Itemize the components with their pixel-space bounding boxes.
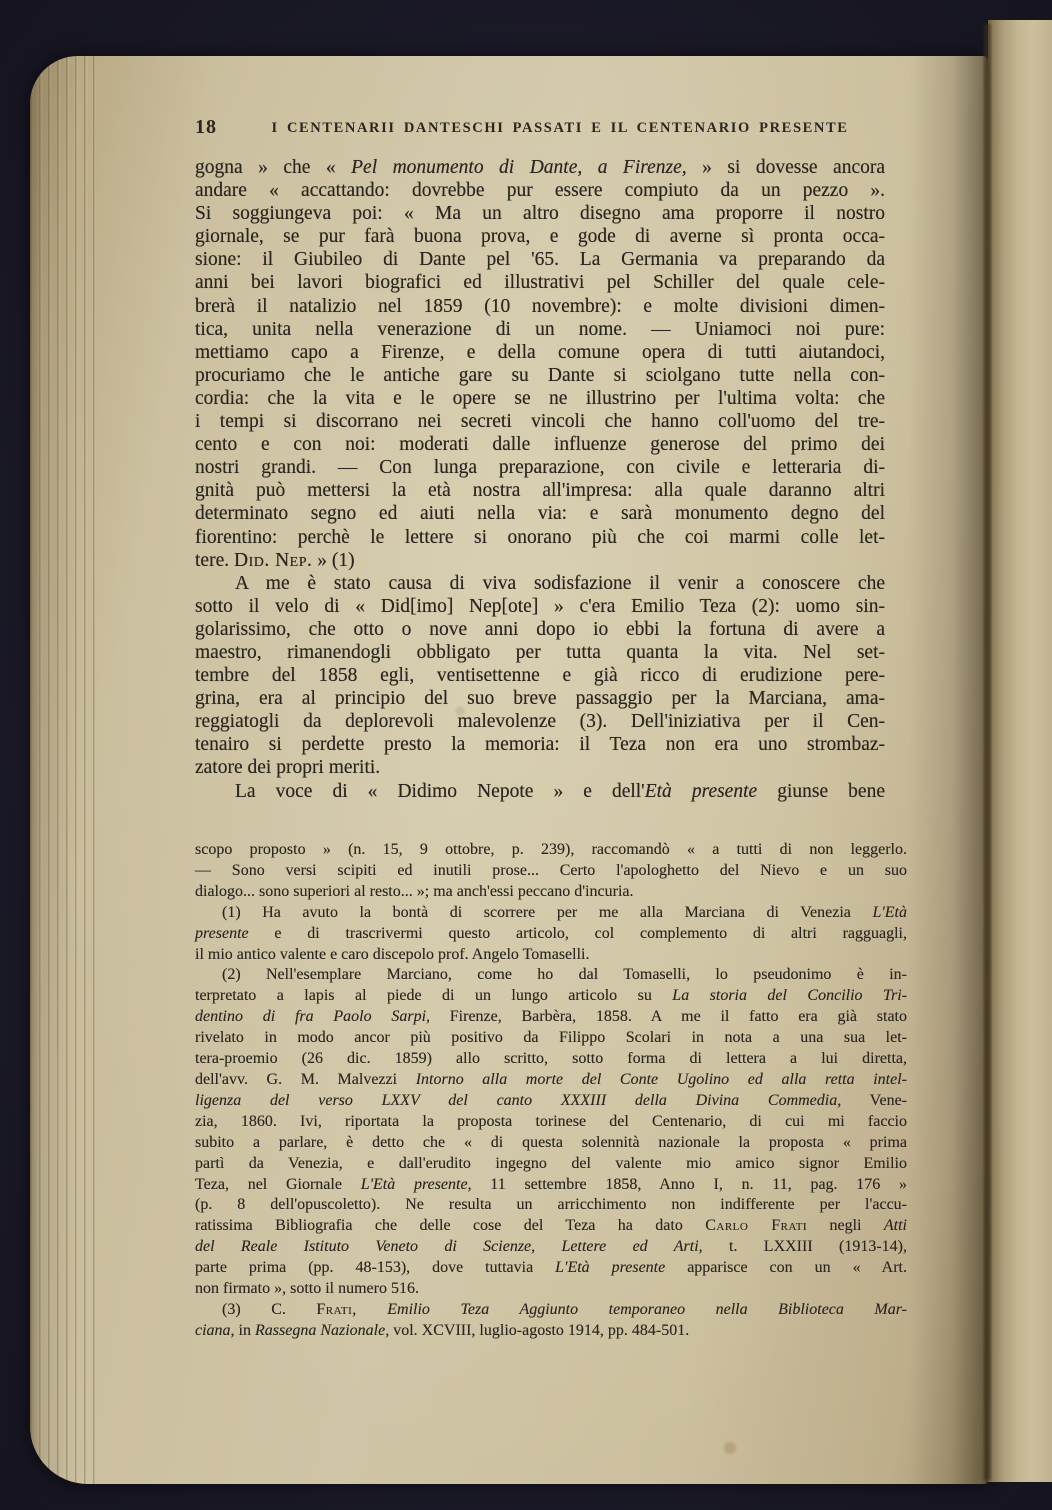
- italic-text: Rassegna Nazionale,: [255, 1322, 389, 1339]
- text-line: cento e con noi: moderati dalle influenz…: [195, 433, 885, 456]
- text-segment: cordia: che la vita e le opere se ne ill…: [195, 388, 885, 409]
- text-line: il mio antico valente e caro discepolo p…: [195, 945, 907, 966]
- text-segment: 11 settembre 1858, Anno I, n. 11, pag. 1…: [472, 1176, 907, 1193]
- text-line: maestro, rimanendogli obbligato per tutt…: [195, 641, 885, 664]
- text-line: (2) Nell'esemplare Marciano, come ho dal…: [195, 965, 907, 986]
- text-segment: » (1): [312, 550, 354, 571]
- text-segment: sione: il Giubileo di Dante pel '65. La …: [195, 249, 885, 270]
- italic-text: Intorno alla morte del Conte Ugolino ed …: [416, 1071, 907, 1088]
- italic-text: L'Età: [872, 904, 907, 921]
- text-line: presente e di trascrivermi questo artico…: [195, 924, 907, 945]
- text-segment: maestro, rimanendogli obbligato per tutt…: [195, 642, 885, 663]
- text-segment: fiorentino: perchè le lettere si onorano…: [195, 527, 885, 548]
- text-line: fiorentino: perchè le lettere si onorano…: [195, 526, 885, 549]
- text-segment: il mio antico valente e caro discepolo p…: [195, 946, 589, 963]
- page-number: 18: [195, 116, 217, 139]
- text-line: reggiatogli da deplorevoli malevolenze (…: [195, 710, 885, 733]
- italic-text: ciana,: [195, 1322, 235, 1339]
- text-line: La voce di « Didimo Nepote » e dell'Età …: [195, 780, 885, 803]
- text-line: A me è stato causa di viva sodisfazione …: [195, 572, 885, 595]
- text-segment: apparisce con un « Art.: [665, 1259, 907, 1276]
- smallcaps-text: Carlo Frati: [705, 1217, 807, 1234]
- text-line: tera-proemio (26 dic. 1859) allo scritto…: [195, 1049, 907, 1070]
- text-segment: A me è stato causa di viva sodisfazione …: [235, 573, 885, 594]
- text-segment: Teza, nel Giornale: [195, 1176, 361, 1193]
- text-segment: gogna » che «: [195, 157, 351, 178]
- text-segment: nostri grandi. — Con lunga preparazione,…: [195, 457, 885, 478]
- text-line: Teza, nel Giornale L'Età presente, 11 se…: [195, 1175, 907, 1196]
- text-segment: ratissima Bibliografia che delle cose de…: [195, 1217, 705, 1234]
- text-line: (3) C. Frati, Emilio Teza Aggiunto tempo…: [195, 1300, 907, 1321]
- adjacent-page-edge: [988, 20, 1052, 1482]
- italic-text: dentino di fra Paolo Sarpi,: [195, 1008, 430, 1025]
- italic-text: Atti: [884, 1217, 907, 1234]
- text-line: (1) Ha avuto la bontà di scorrere per me…: [195, 903, 907, 924]
- text-segment: rivelato in modo ancor più positivo da F…: [195, 1029, 907, 1046]
- text-segment: zatore dei propri meriti.: [195, 757, 380, 778]
- text-line: ligenza del verso LXXV del canto XXXIII …: [195, 1091, 907, 1112]
- text-segment: subito a parlare, è detto che « di quest…: [195, 1134, 907, 1151]
- text-segment: andare « accattando: dovrebbe pur essere…: [195, 180, 885, 201]
- running-header: I CENTENARII DANTESCHI PASSATI E IL CENT…: [235, 120, 885, 137]
- smallcaps-text: Did. Nep.: [234, 550, 312, 571]
- text-segment: in: [235, 1322, 255, 1339]
- italic-text: Emilio Teza Aggiunto temporaneo nella Bi…: [387, 1301, 907, 1318]
- text-line: (p. 8 dell'opuscoletto). Ne resulta un a…: [195, 1195, 907, 1216]
- text-segment: procuriamo che le antiche gare su Dante …: [195, 365, 885, 386]
- text-segment: (2) Nell'esemplare Marciano, come ho dal…: [222, 966, 907, 983]
- text-line: subito a parlare, è detto che « di quest…: [195, 1133, 907, 1154]
- text-segment: anni bei lavori biografici ed illustrati…: [195, 272, 885, 293]
- text-segment: Firenze, Barbèra, 1858. A me il fatto er…: [430, 1008, 907, 1025]
- text-line: dentino di fra Paolo Sarpi, Firenze, Bar…: [195, 1007, 907, 1028]
- italic-text: ligenza del verso LXXV del canto XXXIII …: [195, 1092, 841, 1109]
- text-line: andare « accattando: dovrebbe pur essere…: [195, 179, 885, 202]
- text-segment: Si soggiungeva poi: « Ma un altro disegn…: [195, 203, 885, 224]
- text-segment: scopo proposto » (n. 15, 9 ottobre, p. 2…: [195, 841, 907, 858]
- text-segment: terpretato a lapis al piede di un lungo …: [195, 987, 672, 1004]
- page-header: 18 I CENTENARII DANTESCHI PASSATI E IL C…: [195, 116, 885, 142]
- italic-text: L'Età presente,: [361, 1176, 472, 1193]
- text-segment: brerà il natalizio nel 1859 (10 novembre…: [195, 296, 885, 317]
- text-line: non firmato », sotto il numero 516.: [195, 1279, 907, 1300]
- text-line: ciana, in Rassegna Nazionale, vol. XCVII…: [195, 1321, 907, 1342]
- text-segment: partì da Venezia, e dall'erudito ingegno…: [195, 1155, 907, 1172]
- text-line: tica, unita nella venerazione di un nome…: [195, 318, 885, 341]
- text-line: terpretato a lapis al piede di un lungo …: [195, 986, 907, 1007]
- page-edge-stack: [30, 56, 96, 1484]
- text-segment: dialogo... sono superiori al resto... »;…: [195, 883, 634, 900]
- text-segment: » si dovesse ancora: [687, 157, 885, 178]
- text-segment: t. LXXIII (1913-14),: [703, 1238, 907, 1255]
- text-segment: dell'avv. G. M. Malvezzi: [195, 1071, 416, 1088]
- text-segment: cento e con noi: moderati dalle influenz…: [195, 434, 885, 455]
- text-line: zatore dei propri meriti.: [195, 756, 885, 779]
- text-segment: mettiamo capo a Firenze, e della comune …: [195, 342, 885, 363]
- italic-text: Pel monumento di Dante, a Firenze,: [351, 157, 687, 178]
- text-line: dell'avv. G. M. Malvezzi Intorno alla mo…: [195, 1070, 907, 1091]
- text-segment: determinato segno ed aiuti nella via: e …: [195, 503, 885, 524]
- text-segment: (1) Ha avuto la bontà di scorrere per me…: [222, 904, 872, 921]
- text-line: parte prima (pp. 48-153), dove tuttavia …: [195, 1258, 907, 1279]
- text-segment: La voce di « Didimo Nepote » e dell': [235, 781, 645, 802]
- text-segment: negli: [807, 1217, 884, 1234]
- smallcaps-text: Frati,: [316, 1301, 356, 1318]
- text-line: procuriamo che le antiche gare su Dante …: [195, 364, 885, 387]
- text-line: gogna » che « Pel monumento di Dante, a …: [195, 156, 885, 179]
- text-segment: non firmato », sotto il numero 516.: [195, 1280, 419, 1297]
- text-line: del Reale Istituto Veneto di Scienze, Le…: [195, 1237, 907, 1258]
- text-line: determinato segno ed aiuti nella via: e …: [195, 502, 885, 525]
- text-line: golarissimo, che otto o nove anni dopo i…: [195, 618, 885, 641]
- binding-gutter-shadow: [908, 56, 988, 1484]
- text-line: cordia: che la vita e le opere se ne ill…: [195, 387, 885, 410]
- text-line: zia, 1860. Ivi, riportata la proposta to…: [195, 1112, 907, 1133]
- text-segment: gnità può mettersi la età nostra all'imp…: [195, 480, 885, 501]
- text-line: i tempi si discorrano nei secreti vincol…: [195, 410, 885, 433]
- text-segment: (p. 8 dell'opuscoletto). Ne resulta un a…: [195, 1196, 907, 1213]
- text-segment: giunse bene: [757, 781, 885, 802]
- text-segment: tembre del 1858 egli, ventisettenne e gi…: [195, 665, 885, 686]
- italic-text: La storia del Concilio Tri-: [672, 987, 907, 1004]
- text-segment: zia, 1860. Ivi, riportata la proposta to…: [195, 1113, 907, 1130]
- text-line: gnità può mettersi la età nostra all'imp…: [195, 479, 885, 502]
- text-line: anni bei lavori biografici ed illustrati…: [195, 271, 885, 294]
- text-segment: — Sono versi scipiti ed inutili prose...…: [195, 862, 907, 879]
- text-segment: tera-proemio (26 dic. 1859) allo scritto…: [195, 1050, 907, 1067]
- text-segment: tica, unita nella venerazione di un nome…: [195, 319, 885, 340]
- text-line: brerà il natalizio nel 1859 (10 novembre…: [195, 295, 885, 318]
- text-line: tere. Did. Nep. » (1): [195, 549, 885, 572]
- italic-text: presente: [195, 925, 249, 942]
- text-segment: vol. XCVIII, luglio-agosto 1914, pp. 484…: [389, 1322, 689, 1339]
- text-line: giornale, se pur farà buona prova, e god…: [195, 225, 885, 248]
- text-segment: grina, era al principio del suo breve pa…: [195, 688, 885, 709]
- text-segment: Vene-: [841, 1092, 907, 1109]
- text-segment: (3) C.: [222, 1301, 316, 1318]
- italic-text: del Reale Istituto Veneto di Scienze, Le…: [195, 1238, 703, 1255]
- text-line: tembre del 1858 egli, ventisettenne e gi…: [195, 664, 885, 687]
- text-line: — Sono versi scipiti ed inutili prose...…: [195, 861, 907, 882]
- text-segment: [357, 1301, 388, 1318]
- text-segment: parte prima (pp. 48-153), dove tuttavia: [195, 1259, 555, 1276]
- text-segment: tenairo si perdette presto la memoria: i…: [195, 734, 885, 755]
- text-segment: sotto il velo di « Did[imo] Nep[ote] » c…: [195, 596, 885, 617]
- text-segment: giornale, se pur farà buona prova, e god…: [195, 226, 885, 247]
- text-line: ratissima Bibliografia che delle cose de…: [195, 1216, 907, 1237]
- text-line: grina, era al principio del suo breve pa…: [195, 687, 885, 710]
- text-line: mettiamo capo a Firenze, e della comune …: [195, 341, 885, 364]
- text-line: rivelato in modo ancor più positivo da F…: [195, 1028, 907, 1049]
- binding-crease: [984, 24, 991, 1480]
- italic-text: Età presente: [645, 781, 757, 802]
- text-line: Si soggiungeva poi: « Ma un altro disegn…: [195, 202, 885, 225]
- text-line: sotto il velo di « Did[imo] Nep[ote] » c…: [195, 595, 885, 618]
- text-line: tenairo si perdette presto la memoria: i…: [195, 733, 885, 756]
- text-line: partì da Venezia, e dall'erudito ingegno…: [195, 1154, 907, 1175]
- text-segment: tere.: [195, 550, 234, 571]
- text-segment: i tempi si discorrano nei secreti vincol…: [195, 411, 885, 432]
- text-line: scopo proposto » (n. 15, 9 ottobre, p. 2…: [195, 840, 907, 861]
- text-segment: golarissimo, che otto o nove anni dopo i…: [195, 619, 885, 640]
- text-line: dialogo... sono superiori al resto... »;…: [195, 882, 907, 903]
- text-line: sione: il Giubileo di Dante pel '65. La …: [195, 248, 885, 271]
- italic-text: L'Età presente: [555, 1259, 665, 1276]
- text-segment: reggiatogli da deplorevoli malevolenze (…: [195, 711, 885, 732]
- book-page: 18 I CENTENARII DANTESCHI PASSATI E IL C…: [30, 56, 988, 1484]
- main-text: gogna » che « Pel monumento di Dante, a …: [195, 156, 885, 803]
- text-segment: e di trascrivermi questo articolo, col c…: [249, 925, 907, 942]
- text-line: nostri grandi. — Con lunga preparazione,…: [195, 456, 885, 479]
- footnotes: scopo proposto » (n. 15, 9 ottobre, p. 2…: [195, 840, 907, 1342]
